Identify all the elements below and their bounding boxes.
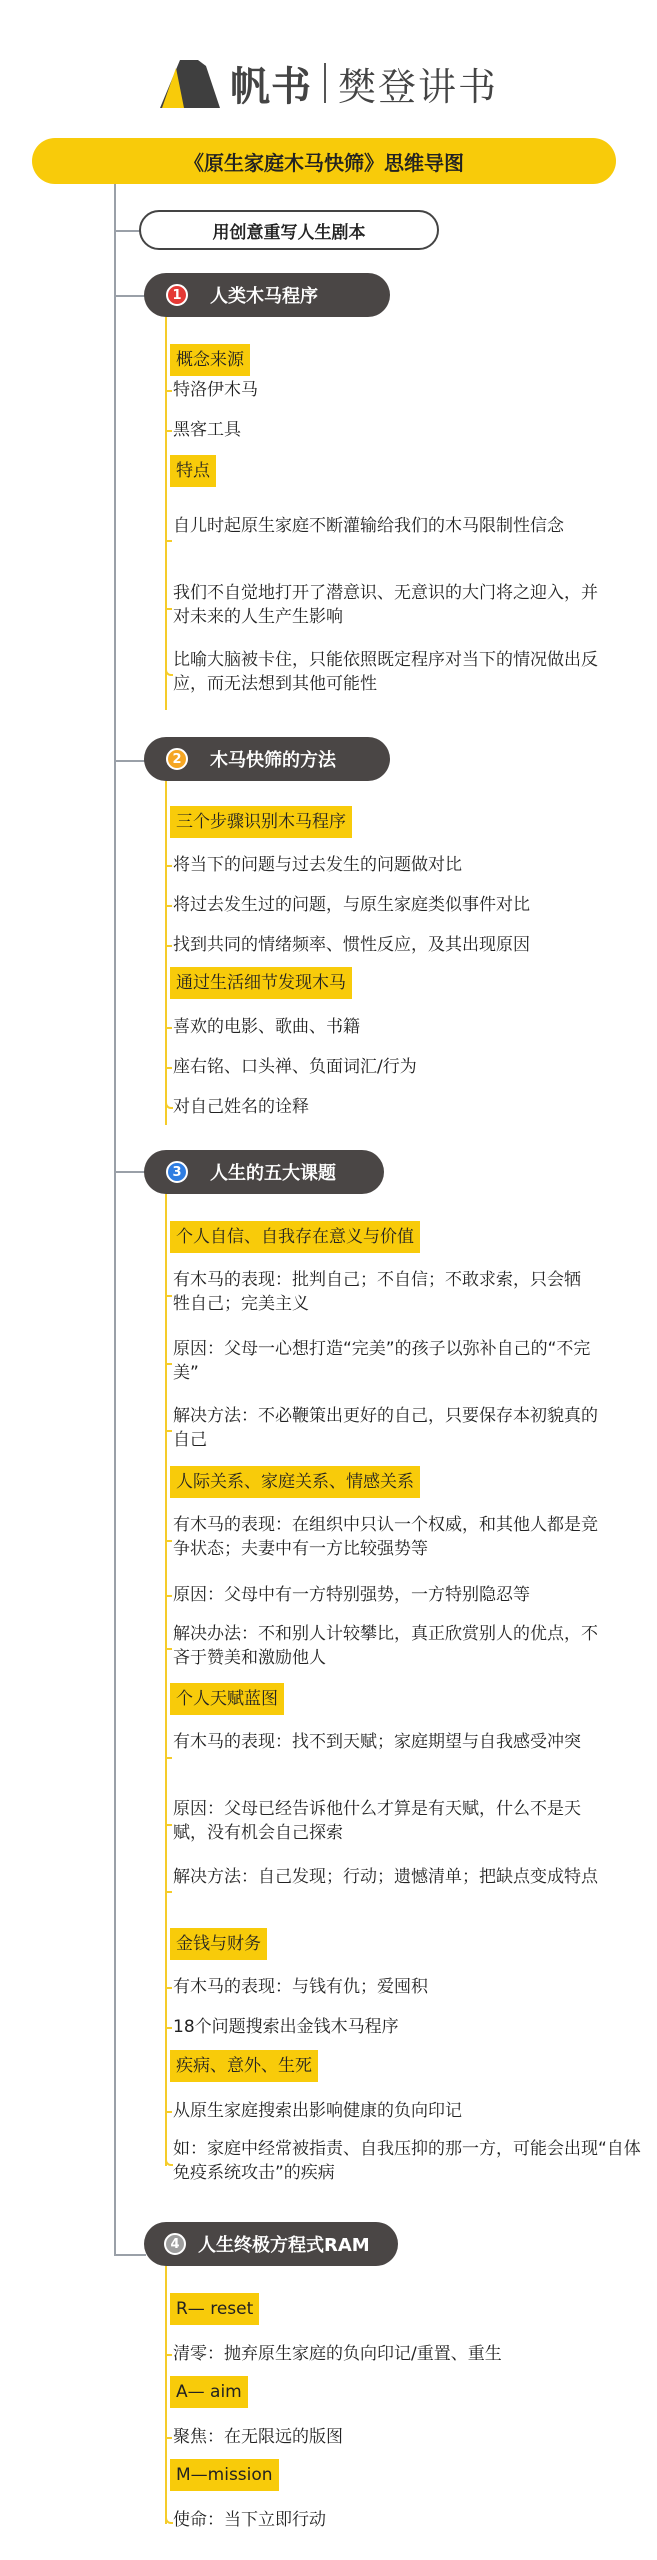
branch-connector (114, 2254, 146, 2256)
list-item-heading: M—mission (170, 2459, 279, 2491)
logo-divider (324, 63, 326, 103)
branch-connector (114, 230, 140, 232)
branch-connector (114, 760, 146, 762)
item-tick (166, 1067, 172, 1069)
item-tick (166, 2111, 172, 2113)
list-item: 解决方法：自己发现；行动；遗憾清单；把缺点变成特点 (173, 1865, 613, 1889)
section-title: 人生终极方程式RAM (198, 2231, 370, 2257)
item-tick (166, 430, 172, 432)
list-item-heading: 特点 (170, 455, 216, 487)
item-tick (166, 1648, 172, 1650)
list-item-heading: 个人自信、自我存在意义与价值 (170, 1221, 420, 1253)
list-item: 有木马的表现：找不到天赋；家庭期望与自我感受冲突 (173, 1730, 613, 1754)
list-item: 黑客工具 (173, 418, 623, 442)
item-tick (166, 1540, 172, 1542)
list-item: 解决方法：不必鞭策出更好的自己，只要保存本初貌真的自己 (173, 1404, 603, 1452)
section-1-connector (165, 317, 167, 710)
brand-name: 帆书 (230, 55, 312, 112)
number-1-badge-icon: 1 (166, 284, 188, 306)
section-title: 人生的五大课题 (210, 1159, 336, 1185)
item-tick (166, 540, 172, 542)
list-item: 从原生家庭搜索出影响健康的负向印记 (173, 2099, 623, 2123)
list-item: 座右铭、口头禅、负面词汇/行为 (173, 1055, 623, 1079)
item-tick (166, 608, 172, 610)
item-tick (166, 1987, 172, 1989)
list-item: 将过去发生过的问题，与原生家庭类似事件对比 (173, 893, 623, 917)
item-tick (166, 1891, 172, 1893)
section-title: 人类木马程序 (210, 282, 318, 308)
list-item-heading: R— reset (170, 2293, 259, 2325)
item-tick (166, 1824, 172, 1826)
list-item: 对自己姓名的诠释 (173, 1095, 623, 1119)
subtitle-node: 用创意重写人生剧本 (139, 210, 439, 250)
list-item: 使命：当下立即行动 (173, 2508, 623, 2532)
item-tick (166, 390, 172, 392)
section-2-connector (165, 781, 167, 1125)
list-item: 比喻大脑被卡住，只能依照既定程序对当下的情况做出反应，而无法想到其他可能性 (173, 648, 613, 696)
list-item: 有木马的表现：批判自己；不自信；不敢求索，只会牺牲自己；完美主义 (173, 1268, 593, 1316)
list-item: 清零：抛弃原生家庭的负向印记/重置、重生 (173, 2342, 623, 2366)
list-item: 喜欢的电影、歌曲、书籍 (173, 1015, 623, 1039)
mindmap-title: 《原生家庭木马快筛》思维导图 (32, 138, 616, 184)
author-name: 樊登讲书 (338, 56, 498, 111)
list-item-heading: 人际关系、家庭关系、情感关系 (170, 1466, 420, 1498)
list-item: 如：家庭中经常被指责、自我压抑的那一方，可能会出现“自体免疫系统攻击”的疾病 (173, 2137, 643, 2185)
item-tick (166, 2437, 172, 2439)
list-item: 原因：父母一心想打造“完美”的孩子以弥补自己的“不完美” (173, 1337, 603, 1385)
item-tick (166, 1363, 172, 1365)
list-item-heading: A— aim (170, 2376, 248, 2408)
item-tick (166, 1295, 172, 1297)
list-item: 聚焦：在无限远的版图 (173, 2425, 623, 2449)
list-item: 原因：父母中有一方特别强势，一方特别隐忍等 (173, 1583, 623, 1607)
list-item: 18个问题搜索出金钱木马程序 (173, 2015, 623, 2039)
number-4-badge-icon: 4 (164, 2233, 186, 2255)
trunk-connector (114, 184, 116, 2256)
number-2-badge-icon: 2 (166, 748, 188, 770)
list-item: 有木马的表现：与钱有仇；爱囤积 (173, 1975, 623, 1999)
list-item: 将当下的问题与过去发生的问题做对比 (173, 853, 623, 877)
branch-connector (114, 295, 146, 297)
item-tick (166, 865, 172, 867)
list-item-heading: 概念来源 (170, 344, 250, 376)
list-item: 解决办法：不和别人计较攀比，真正欣赏别人的优点，不吝于赞美和激励他人 (173, 1622, 613, 1670)
sail-logo-icon (158, 56, 222, 110)
list-item: 特洛伊木马 (173, 378, 623, 402)
item-tick (166, 1595, 172, 1597)
list-item: 原因：父母已经告诉他什么才算是有天赋，什么不是天赋，没有机会自己探索 (173, 1797, 603, 1845)
section-1-header: 1 人类木马程序 (144, 273, 390, 317)
item-tick (166, 945, 172, 947)
list-item: 找到共同的情绪频率、惯性反应，及其出现原因 (173, 933, 623, 957)
list-item: 我们不自觉地打开了潜意识、无意识的大门将之迎入，并对未来的人生产生影响 (173, 581, 613, 629)
item-tick (166, 905, 172, 907)
brand-logo: 帆书 樊登讲书 (158, 52, 498, 114)
list-item-heading: 疾病、意外、生死 (170, 2050, 318, 2082)
branch-connector (114, 1171, 146, 1173)
section-2-header: 2 木马快筛的方法 (144, 737, 390, 781)
section-3-header: 3 人生的五大课题 (144, 1150, 384, 1194)
list-item-heading: 个人天赋蓝图 (170, 1683, 284, 1715)
item-tick (166, 1757, 172, 1759)
section-4-header: 4 人生终极方程式RAM (144, 2222, 398, 2266)
section-title: 木马快筛的方法 (210, 746, 336, 772)
item-tick (166, 1430, 172, 1432)
list-item-heading: 金钱与财务 (170, 1928, 267, 1960)
section-3-connector (165, 1194, 167, 2166)
item-tick (166, 1027, 172, 1029)
section-4-connector (165, 2266, 167, 2524)
item-tick (166, 2027, 172, 2029)
list-item: 自儿时起原生家庭不断灌输给我们的木马限制性信念 (173, 514, 613, 538)
list-item-heading: 三个步骤识别木马程序 (170, 806, 352, 838)
list-item-heading: 通过生活细节发现木马 (170, 967, 352, 999)
list-item: 有木马的表现：在组织中只认一个权威，和其他人都是竞争状态；夫妻中有一方比较强势等 (173, 1513, 613, 1561)
item-tick (166, 2354, 172, 2356)
number-3-badge-icon: 3 (166, 1161, 188, 1183)
